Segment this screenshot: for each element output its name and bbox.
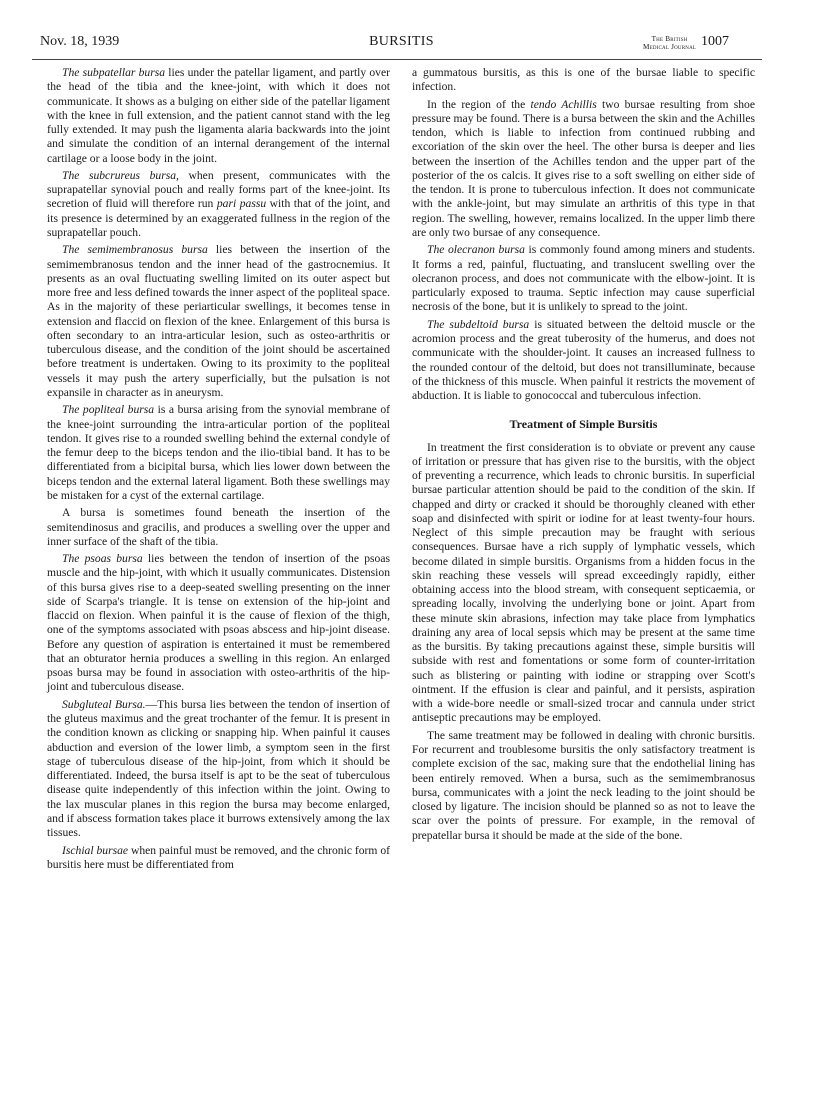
- term-olecranon: The olecranon bursa: [427, 243, 525, 256]
- paragraph-semitendinosus: A bursa is sometimes found beneath the i…: [47, 506, 390, 549]
- paragraph-text: In the region of the: [427, 98, 531, 111]
- paragraph-continuation: a gummatous bursitis, as this is one of …: [412, 66, 755, 95]
- paragraph-subdeltoid: The subdeltoid bursa is situated between…: [412, 318, 755, 404]
- paragraph-subgluteal: Subgluteal Bursa.—This bursa lies betwee…: [47, 698, 390, 841]
- page-header: Nov. 18, 1939 BURSITIS The British Medic…: [40, 30, 763, 56]
- paragraph-text: lies between the tendon of insertion of …: [47, 552, 390, 693]
- term-ischial: Ischial bursae: [62, 844, 128, 857]
- section-heading-treatment: Treatment of Simple Bursitis: [412, 417, 755, 431]
- paragraph-text: lies between the insertion of the semime…: [47, 243, 390, 399]
- right-column: a gummatous bursitis, as this is one of …: [412, 66, 755, 846]
- term-tendo-achillis: tendo Achillis: [531, 98, 597, 111]
- journal-name-line2: Medical Journal: [643, 43, 696, 51]
- left-column: The subpatellar bursa lies under the pat…: [47, 66, 390, 875]
- term-pari-passu: pari passu: [217, 197, 266, 210]
- term-subcrureus: The subcrureus bursa,: [62, 169, 179, 182]
- paragraph-treatment-2: The same treatment may be followed in de…: [412, 729, 755, 843]
- paragraph-semimembranosus: The semimembranosus bursa lies between t…: [47, 243, 390, 400]
- term-popliteal: The popliteal bursa: [62, 403, 154, 416]
- paragraph-ischial: Ischial bursae when painful must be remo…: [47, 844, 390, 873]
- paragraph-subcrureus: The subcrureus bursa, when present, comm…: [47, 169, 390, 240]
- paragraph-text: A bursa is sometimes found beneath the i…: [47, 506, 390, 548]
- paragraph-psoas: The psoas bursa lies between the tendon …: [47, 552, 390, 695]
- paragraph-popliteal: The popliteal bursa is a bursa arising f…: [47, 403, 390, 503]
- paragraph-text: lies under the patellar ligament, and pa…: [47, 66, 390, 165]
- term-psoas: The psoas bursa: [62, 552, 143, 565]
- term-subgluteal: Subgluteal Bursa.: [62, 698, 146, 711]
- paragraph-text: is a bursa arising from the synovial mem…: [47, 403, 390, 502]
- journal-name: The British Medical Journal: [643, 35, 696, 51]
- paragraph-text: two bursae resulting from shoe pressure …: [412, 98, 755, 239]
- journal-name-line1: The British: [652, 35, 688, 43]
- term-subdeltoid: The subdeltoid bursa: [427, 318, 529, 331]
- term-subpatellar: The subpatellar bursa: [62, 66, 165, 79]
- term-semimembranosus: The semimembranosus bursa: [62, 243, 208, 256]
- paragraph-olecranon: The olecranon bursa is commonly found am…: [412, 243, 755, 314]
- paragraph-text: —This bursa lies between the tendon of i…: [47, 698, 390, 839]
- paragraph-subpatellar: The subpatellar bursa lies under the pat…: [47, 66, 390, 166]
- paragraph-tendo-achillis: In the region of the tendo Achillis two …: [412, 98, 755, 241]
- page-number: 1007: [701, 34, 729, 50]
- header-rule: [32, 59, 762, 60]
- paragraph-treatment-1: In treatment the first consideration is …: [412, 441, 755, 726]
